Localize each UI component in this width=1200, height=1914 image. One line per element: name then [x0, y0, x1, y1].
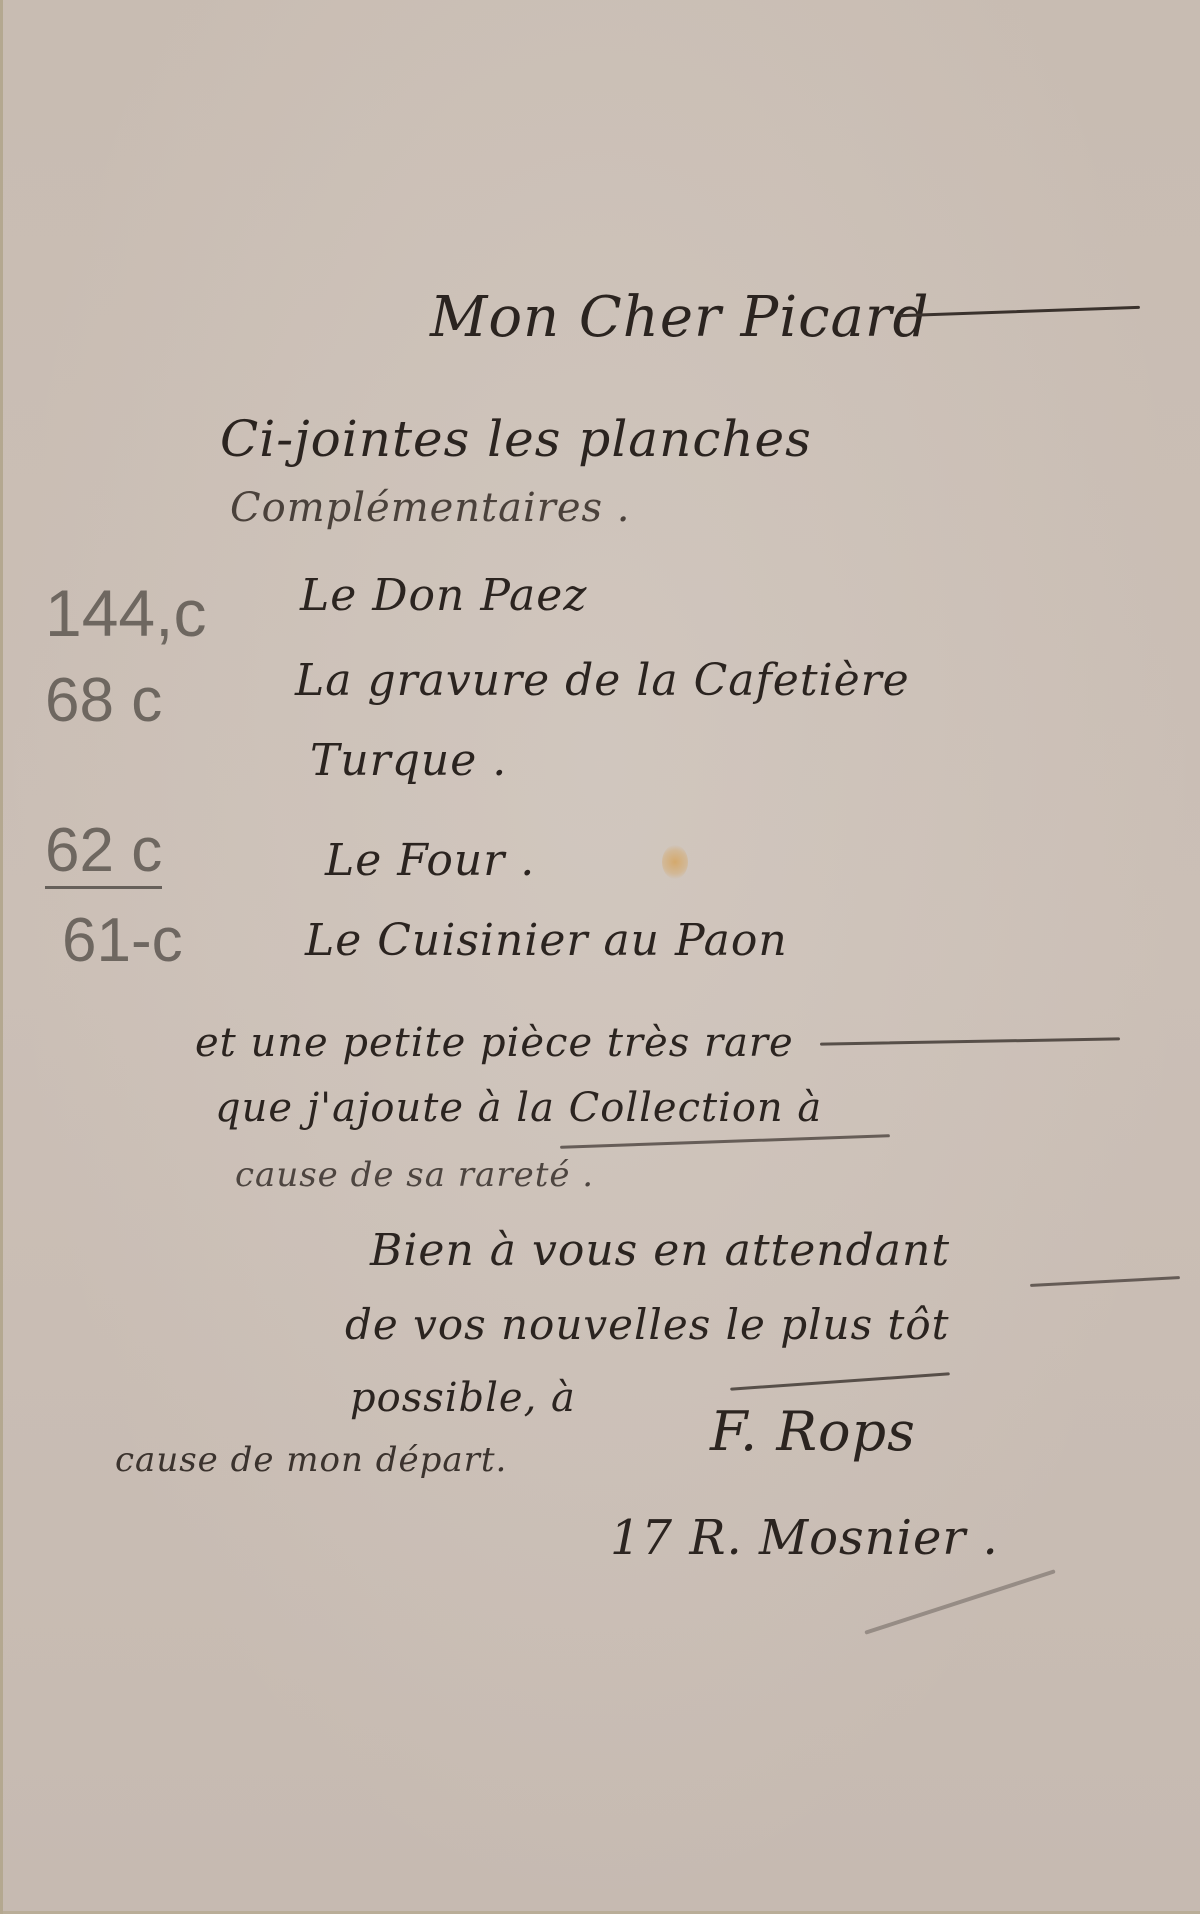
- item-number: 68 c: [45, 665, 162, 736]
- underline-rarete: [560, 1134, 890, 1149]
- item-number: 62 c: [45, 815, 162, 889]
- underline-rare: [820, 1037, 1120, 1045]
- item-number: 61-c: [62, 905, 183, 976]
- item-title: La gravure de la Cafetière: [295, 655, 910, 706]
- flourish-tot: [1030, 1276, 1180, 1287]
- intro-line-2: Complémentaires .: [230, 485, 631, 531]
- closing-line-1: Bien à vous en attendant: [370, 1225, 950, 1276]
- signature: F. Rops: [710, 1400, 916, 1463]
- closing-line-4: cause de mon départ.: [115, 1440, 507, 1480]
- postscript-line-3: cause de sa rareté .: [235, 1155, 594, 1195]
- letter-sheet: Mon Cher Picard Ci-jointes les planches …: [0, 0, 1200, 1914]
- flourish-signature: [730, 1372, 950, 1390]
- closing-line-3: possible, à: [350, 1375, 576, 1421]
- ink-stain: [662, 845, 688, 879]
- item-title-continued: Turque .: [310, 735, 507, 786]
- postscript-line-1: et une petite pièce très rare: [195, 1020, 794, 1066]
- item-number: 144,c: [45, 575, 206, 651]
- salutation: Mon Cher Picard: [430, 285, 930, 350]
- flourish-underline: [900, 306, 1140, 317]
- address: 17 R. Mosnier .: [610, 1510, 999, 1566]
- postscript-line-2: que j'ajoute à la Collection à: [215, 1085, 822, 1131]
- item-title: Le Cuisinier au Paon: [305, 915, 788, 966]
- intro-line-1: Ci-jointes les planches: [220, 410, 812, 468]
- item-title: Le Don Paez: [300, 570, 587, 621]
- closing-line-2: de vos nouvelles le plus tôt: [345, 1300, 950, 1349]
- item-title: Le Four .: [325, 835, 535, 886]
- pen-flourish: [864, 1569, 1055, 1635]
